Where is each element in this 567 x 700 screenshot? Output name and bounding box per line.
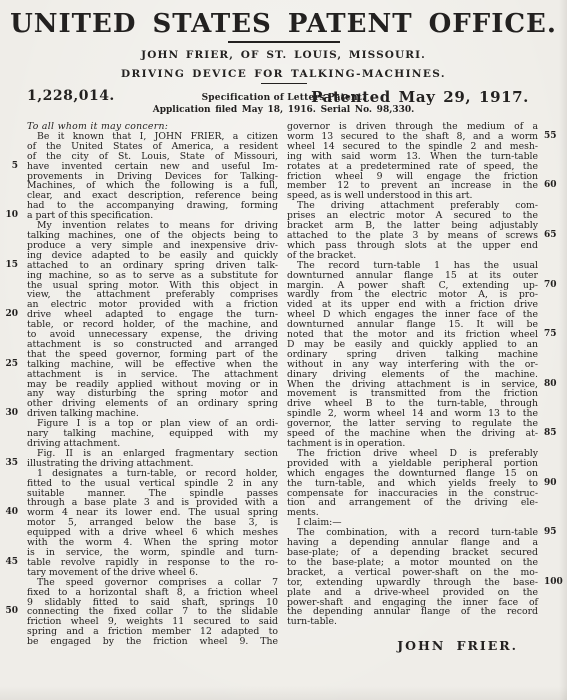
line-text: ing machine, so as to serve as a substit… bbox=[27, 271, 278, 281]
line-number: 5 bbox=[12, 162, 18, 172]
text-line: tion and arrangement of the driving ele- bbox=[287, 498, 538, 508]
patent-number: 1,228,014. bbox=[27, 88, 115, 104]
line-number: 45 bbox=[5, 558, 18, 568]
left-column: To all whom it may concern:Be it known t… bbox=[27, 122, 278, 647]
line-text: turn-table. bbox=[287, 617, 538, 627]
patent-page: UNITED STATES PATENT OFFICE. JOHN FRIER,… bbox=[0, 0, 567, 700]
patent-meta-row: 1,228,014. Specification of Letters Pate… bbox=[0, 85, 567, 105]
line-number: 20 bbox=[5, 310, 18, 320]
line-number: 90 bbox=[544, 479, 557, 489]
line-number: 35 bbox=[5, 459, 18, 469]
line-number: 50 bbox=[5, 607, 18, 617]
line-number: 75 bbox=[544, 330, 557, 340]
line-number: 95 bbox=[544, 528, 557, 538]
patent-header: UNITED STATES PATENT OFFICE. JOHN FRIER,… bbox=[0, 0, 567, 115]
right-column-wrap: governor is driven through the medium of… bbox=[287, 122, 538, 653]
line-number: 30 bbox=[5, 409, 18, 419]
text-line: fixed to a horizontal shaft 8, a frictio… bbox=[27, 588, 278, 598]
line-number: 65 bbox=[544, 231, 557, 241]
text-line: be engaged by the friction wheel 9. The bbox=[27, 637, 278, 647]
right-column: governor is driven through the medium of… bbox=[287, 122, 538, 627]
text-line: plate and a drive-wheel provided on the bbox=[287, 588, 538, 598]
line-number: 15 bbox=[5, 261, 18, 271]
title-divider bbox=[228, 41, 340, 43]
text-line: ing machine, so as to serve as a substit… bbox=[27, 271, 278, 281]
specification-body: To all whom it may concern:Be it known t… bbox=[0, 115, 567, 653]
line-text: downturned annular flange 15 at its oute… bbox=[287, 271, 538, 281]
invention-title-divider bbox=[261, 83, 307, 84]
line-number: 60 bbox=[544, 181, 557, 191]
left-column-wrap: To all whom it may concern:Be it known t… bbox=[27, 122, 278, 653]
line-number: 40 bbox=[5, 508, 18, 518]
page-title: UNITED STATES PATENT OFFICE. bbox=[0, 12, 567, 36]
patented-date: Patented May 29, 1917. bbox=[311, 88, 529, 106]
line-number: 25 bbox=[5, 360, 18, 370]
invention-title: DRIVING DEVICE FOR TALKING-MACHINES. bbox=[0, 69, 567, 80]
line-number: 80 bbox=[544, 380, 557, 390]
line-number: 10 bbox=[5, 211, 18, 221]
line-number: 70 bbox=[544, 281, 557, 291]
line-number: 100 bbox=[544, 578, 563, 588]
line-number: 85 bbox=[544, 429, 557, 439]
text-line: turn-table. bbox=[287, 617, 538, 627]
text-line: downturned annular flange 15 at its oute… bbox=[287, 271, 538, 281]
inventor-line: JOHN FRIER, OF ST. LOUIS, MISSOURI. bbox=[0, 50, 567, 60]
inventor-signature: JOHN FRIER. bbox=[287, 638, 538, 653]
line-text: fixed to a horizontal shaft 8, a frictio… bbox=[27, 588, 278, 598]
line-text: plate and a drive-wheel provided on the bbox=[287, 588, 538, 598]
line-text: be engaged by the friction wheel 9. The bbox=[27, 637, 278, 647]
line-number: 55 bbox=[544, 132, 557, 142]
application-line: Application filed May 18, 1916. Serial N… bbox=[0, 105, 567, 115]
line-text: tion and arrangement of the driving ele- bbox=[287, 498, 538, 508]
